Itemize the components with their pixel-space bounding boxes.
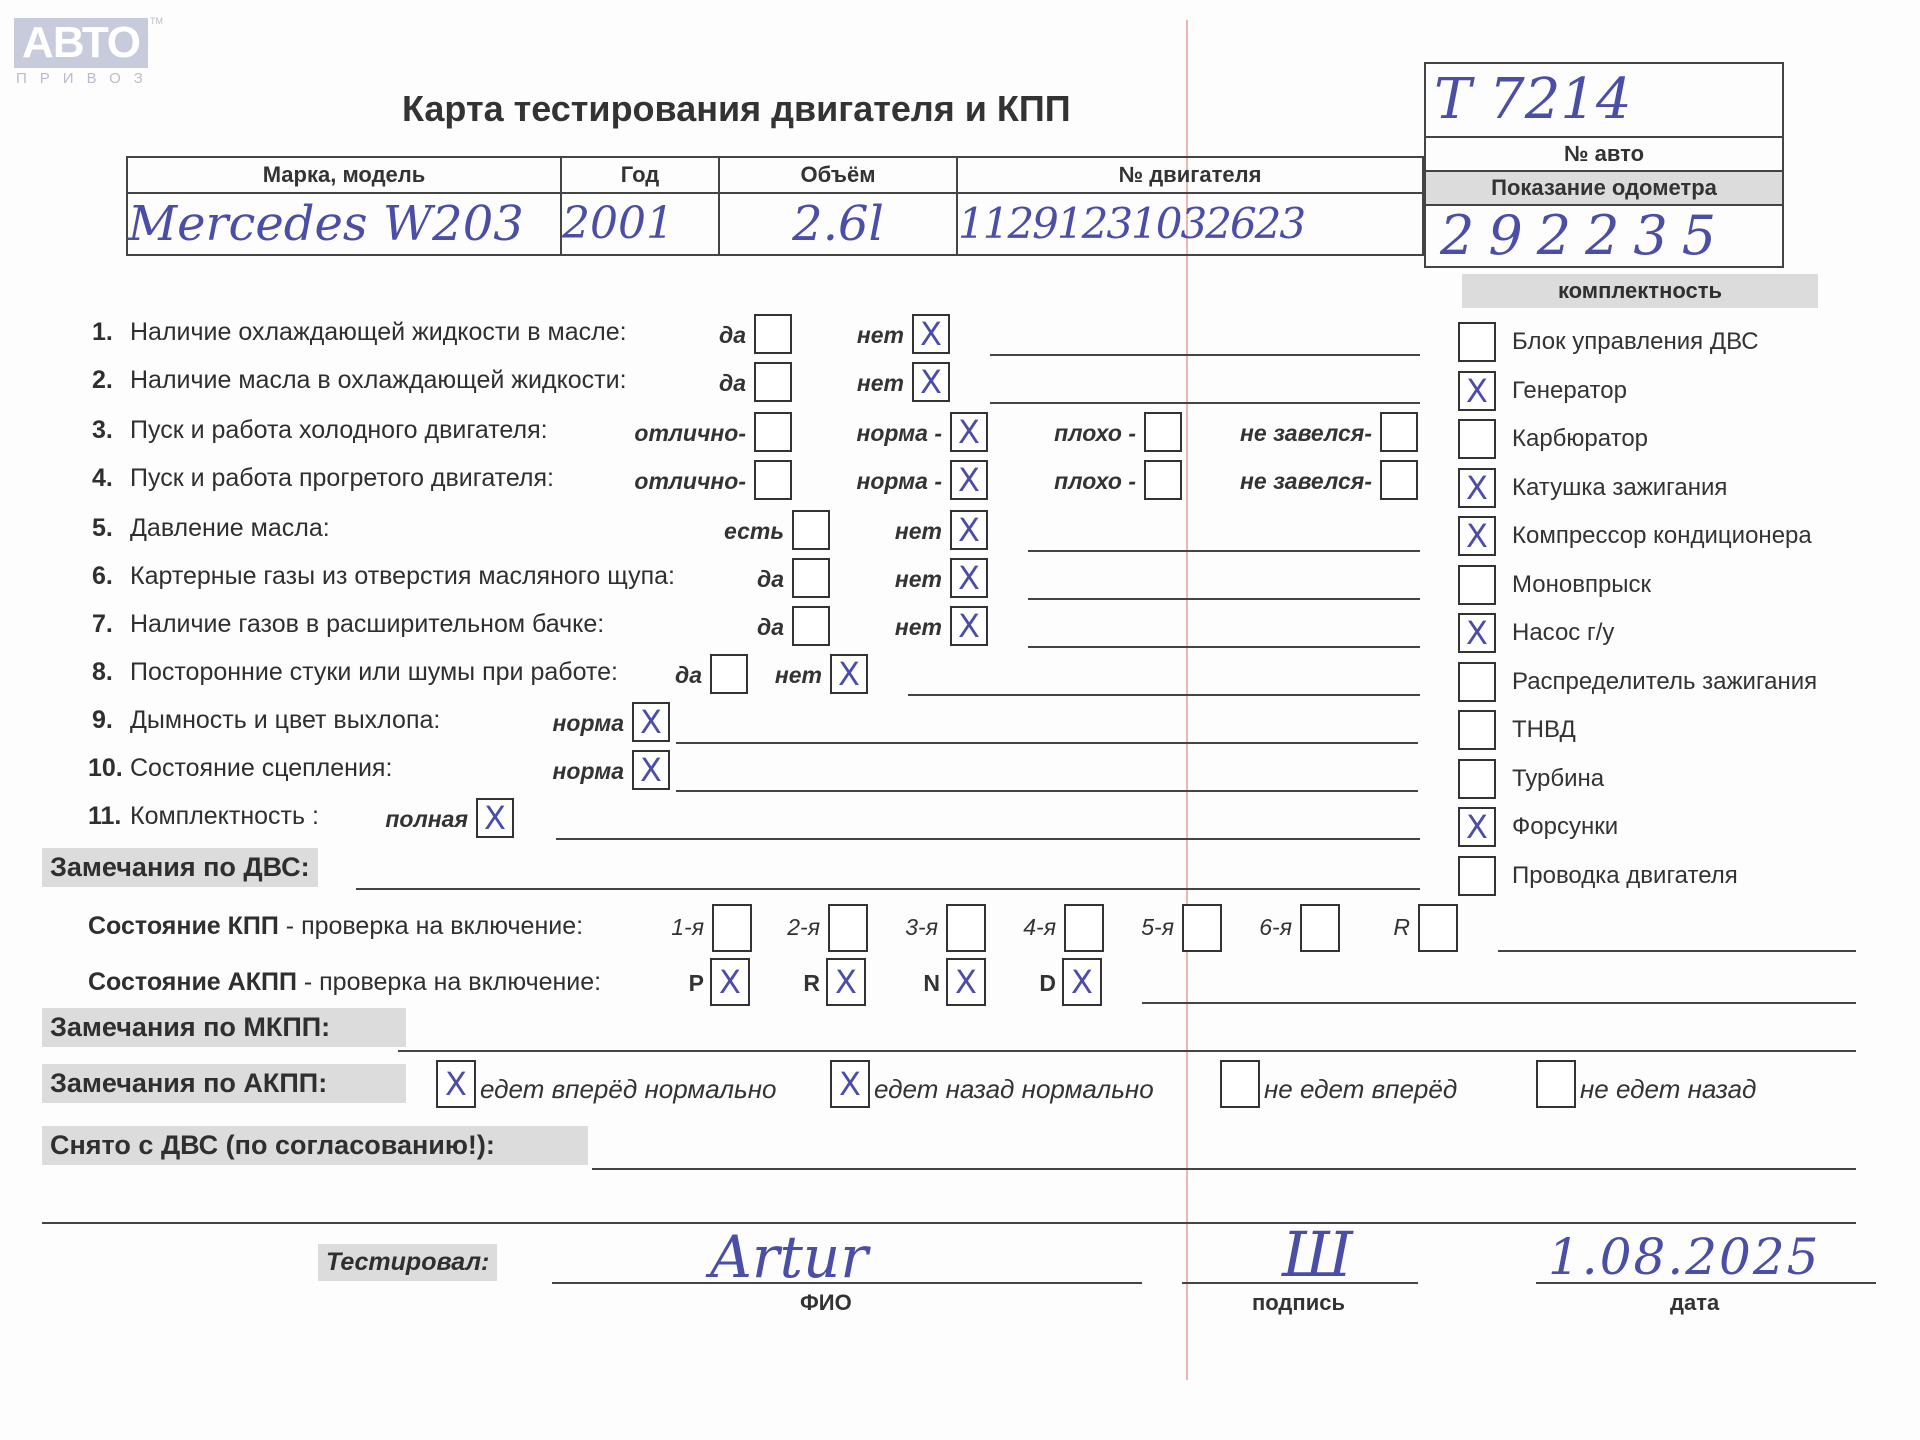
option-label: нет xyxy=(895,614,942,641)
position-checkbox[interactable]: X xyxy=(826,958,866,1006)
position-label: R xyxy=(803,970,820,997)
row-number: 3. xyxy=(92,416,113,445)
option-checkbox[interactable] xyxy=(754,412,792,452)
row-label: Давление масла: xyxy=(130,514,330,543)
row-number: 11. xyxy=(88,802,121,831)
option-checkbox[interactable]: X xyxy=(950,558,988,598)
gear-label: 6-я xyxy=(1259,914,1292,941)
auto-remark-checkbox[interactable] xyxy=(1220,1060,1260,1108)
kit-checkbox[interactable] xyxy=(1458,662,1496,702)
option-checkbox[interactable] xyxy=(754,460,792,500)
row-number: 9. xyxy=(92,706,113,735)
auto-remark-checkbox[interactable]: X xyxy=(830,1060,870,1108)
removed-label: Снято с ДВС (по согласованию!): xyxy=(42,1126,588,1165)
kit-checkbox[interactable]: X xyxy=(1458,516,1496,556)
kit-checkbox[interactable] xyxy=(1458,856,1496,896)
remarks-manual-label: Замечания по МКПП: xyxy=(42,1008,406,1047)
year-value: 2001 xyxy=(562,198,674,249)
row-label: Пуск и работа прогретого двигателя: xyxy=(130,464,554,493)
option-label: да xyxy=(757,566,784,593)
kit-item-label: Карбюратор xyxy=(1512,425,1648,453)
gear-label: 4-я xyxy=(1023,914,1056,941)
option-checkbox[interactable] xyxy=(792,510,830,550)
option-checkbox[interactable]: X xyxy=(632,750,670,790)
kit-checkbox[interactable]: X xyxy=(1458,371,1496,411)
row-label: Посторонние стуки или шумы при работе: xyxy=(130,658,618,687)
kit-checkbox[interactable]: X xyxy=(1458,468,1496,508)
row-label: Наличие охлаждающей жидкости в масле: xyxy=(130,318,627,347)
engine-number-field[interactable]: 11291231032623 xyxy=(957,193,1423,255)
row-notes-field[interactable] xyxy=(676,790,1418,792)
logo: АВТО xyxy=(14,18,148,68)
gear-label: 5-я xyxy=(1141,914,1174,941)
kit-item-label: Турбина xyxy=(1512,765,1604,793)
logo-trademark: TM xyxy=(150,16,163,26)
option-label: да xyxy=(719,370,746,397)
option-label: плохо - xyxy=(1054,420,1136,447)
row-label: Дымность и цвет выхлопа: xyxy=(130,706,440,735)
kit-item-label: Проводка двигателя xyxy=(1512,862,1738,890)
car-number-value: T 7214 xyxy=(1426,67,1632,132)
row-number: 8. xyxy=(92,658,113,687)
gear-checkbox[interactable] xyxy=(1300,904,1340,952)
row-notes-field[interactable] xyxy=(990,354,1420,356)
row-notes-field[interactable] xyxy=(1028,550,1420,552)
col-volume: Объём xyxy=(719,157,957,193)
option-checkbox[interactable]: X xyxy=(950,412,988,452)
option-label: норма xyxy=(553,710,625,737)
position-label: N xyxy=(923,970,940,997)
option-checkbox[interactable] xyxy=(754,362,792,402)
row-notes-field[interactable] xyxy=(1028,646,1420,648)
position-label: P xyxy=(689,970,704,997)
row-number: 7. xyxy=(92,610,113,639)
option-label: не завелся- xyxy=(1240,468,1372,495)
option-checkbox[interactable] xyxy=(792,606,830,646)
position-label: D xyxy=(1039,970,1056,997)
row-notes-field[interactable] xyxy=(556,838,1420,840)
option-label: отлично- xyxy=(634,420,746,447)
gear-label: 3-я xyxy=(905,914,938,941)
odometer-field[interactable]: 292235 xyxy=(1425,205,1783,267)
date-caption: дата xyxy=(1670,1290,1719,1316)
logo-subtitle: ПРИВОЗ xyxy=(16,70,156,87)
gear-checkbox[interactable] xyxy=(1182,904,1222,952)
option-checkbox[interactable] xyxy=(1144,412,1182,452)
kit-checkbox[interactable] xyxy=(1458,710,1496,750)
signature-value: Ш xyxy=(1282,1224,1353,1286)
auto-remark-label: не едет вперёд xyxy=(1264,1074,1457,1105)
row-label: Состояние сцепления: xyxy=(130,754,392,783)
row-number: 1. xyxy=(92,318,113,347)
option-checkbox[interactable]: X xyxy=(950,460,988,500)
car-box: T 7214 № авто Показание одометра 292235 xyxy=(1424,62,1784,268)
removed-field[interactable] xyxy=(592,1168,1856,1170)
volume-field[interactable]: 2.6l xyxy=(719,193,957,255)
row-label: Картерные газы из отверстия масляного щу… xyxy=(130,562,675,591)
option-label: нет xyxy=(857,322,904,349)
kit-item-label: ТНВД xyxy=(1512,716,1576,744)
gear-checkbox[interactable] xyxy=(828,904,868,952)
kit-checkbox[interactable] xyxy=(1458,759,1496,799)
option-label: да xyxy=(719,322,746,349)
gear-label: 1-я xyxy=(671,914,704,941)
option-checkbox[interactable] xyxy=(1380,412,1418,452)
odometer-label: Показание одометра xyxy=(1425,171,1783,205)
auto-remark-checkbox[interactable]: X xyxy=(436,1060,476,1108)
remarks-engine-label: Замечания по ДВС: xyxy=(42,848,318,887)
option-label: норма - xyxy=(856,420,942,447)
row-notes-field[interactable] xyxy=(676,742,1418,744)
option-label: нет xyxy=(895,518,942,545)
car-number-field[interactable]: T 7214 xyxy=(1425,63,1783,137)
manual-gearbox-notes-field[interactable] xyxy=(1498,950,1856,952)
kit-item-label: Насос г/у xyxy=(1512,619,1614,647)
signature-field[interactable] xyxy=(1182,1282,1418,1284)
option-label: есть xyxy=(724,518,784,545)
option-label: не завелся- xyxy=(1240,420,1372,447)
gear-checkbox[interactable] xyxy=(712,904,752,952)
col-year: Год xyxy=(561,157,719,193)
gear-label: R xyxy=(1393,914,1410,941)
kit-checkbox[interactable] xyxy=(1458,565,1496,605)
col-make-model: Марка, модель xyxy=(127,157,561,193)
gear-checkbox[interactable] xyxy=(946,904,986,952)
kit-checkbox[interactable]: X xyxy=(1458,807,1496,847)
row-label: Наличие масла в охлаждающей жидкости: xyxy=(130,366,627,395)
tester-name-field[interactable] xyxy=(552,1282,1142,1284)
kit-checkbox[interactable] xyxy=(1458,322,1496,362)
year-field[interactable]: 2001 xyxy=(561,193,719,255)
row-label: Комплектность : xyxy=(130,802,319,831)
option-label: норма xyxy=(553,758,625,785)
tested-by-label: Тестировал: xyxy=(318,1244,497,1281)
option-label: нет xyxy=(895,566,942,593)
kit-item-label: Блок управления ДВС xyxy=(1512,328,1759,356)
row-notes-field[interactable] xyxy=(908,694,1420,696)
row-number: 6. xyxy=(92,562,113,591)
option-checkbox[interactable]: X xyxy=(476,798,514,838)
row-number: 10. xyxy=(88,754,123,783)
removed-field-line2[interactable] xyxy=(42,1222,1856,1224)
vehicle-info-table: Марка, модель Год Объём № двигателя Merc… xyxy=(126,156,1424,256)
row-notes-field[interactable] xyxy=(1028,598,1420,600)
option-label: да xyxy=(675,662,702,689)
option-label: отлично- xyxy=(634,468,746,495)
gear-checkbox[interactable] xyxy=(1064,904,1104,952)
row-notes-field[interactable] xyxy=(990,402,1420,404)
kit-item-label: Катушка зажигания xyxy=(1512,474,1727,502)
auto-remark-label: не едет назад xyxy=(1580,1074,1756,1105)
position-checkbox[interactable]: X xyxy=(710,958,750,1006)
auto-gearbox-label: Состояние АКПП - проверка на включение: xyxy=(88,968,601,997)
tester-name-caption: ФИО xyxy=(800,1290,852,1316)
kit-item-label: Моновпрыск xyxy=(1512,571,1651,599)
volume-value: 2.6l xyxy=(792,196,884,252)
remarks-manual-field[interactable] xyxy=(398,1050,1856,1052)
auto-remark-checkbox[interactable] xyxy=(1536,1060,1576,1108)
signature-caption: подпись xyxy=(1252,1290,1345,1316)
option-checkbox[interactable] xyxy=(754,314,792,354)
auto-remark-label: едет вперёд нормально xyxy=(480,1074,776,1105)
option-checkbox[interactable]: X xyxy=(830,654,868,694)
option-checkbox[interactable]: X xyxy=(950,606,988,646)
kit-item-label: Форсунки xyxy=(1512,813,1618,841)
gear-checkbox[interactable] xyxy=(1418,904,1458,952)
make-model-value: Mercedes W203 xyxy=(128,196,524,252)
option-checkbox[interactable]: X xyxy=(912,362,950,402)
auto-remark-label: едет назад нормально xyxy=(874,1074,1154,1105)
page-title: Карта тестирования двигателя и КПП xyxy=(402,88,1071,130)
remarks-auto-label: Замечания по АКПП: xyxy=(42,1064,406,1103)
option-checkbox[interactable] xyxy=(792,558,830,598)
option-checkbox[interactable]: X xyxy=(912,314,950,354)
car-number-label: № авто xyxy=(1425,137,1783,171)
option-checkbox[interactable]: X xyxy=(632,702,670,742)
row-label: Пуск и работа холодного двигателя: xyxy=(130,416,548,445)
position-checkbox[interactable]: X xyxy=(1062,958,1102,1006)
option-checkbox[interactable] xyxy=(1144,460,1182,500)
option-label: полная xyxy=(385,806,468,833)
kit-checkbox[interactable] xyxy=(1458,419,1496,459)
date-field[interactable] xyxy=(1536,1282,1876,1284)
row-number: 2. xyxy=(92,366,113,395)
option-checkbox[interactable] xyxy=(710,654,748,694)
option-label: плохо - xyxy=(1054,468,1136,495)
auto-gearbox-notes-field[interactable] xyxy=(1142,1002,1856,1004)
row-number: 5. xyxy=(92,514,113,543)
remarks-engine-field[interactable] xyxy=(356,888,1420,890)
col-engine-number: № двигателя xyxy=(957,157,1423,193)
kit-title: комплектность xyxy=(1462,274,1818,308)
manual-gearbox-label: Состояние КПП - проверка на включение: xyxy=(88,912,583,941)
kit-checkbox[interactable]: X xyxy=(1458,613,1496,653)
date-value: 1.08.2025 xyxy=(1548,1232,1820,1282)
odometer-value: 292235 xyxy=(1426,204,1730,267)
kit-item-label: Компрессор кондиционера xyxy=(1512,522,1812,550)
tester-name: Artur xyxy=(710,1228,868,1286)
position-checkbox[interactable]: X xyxy=(946,958,986,1006)
kit-item-label: Генератор xyxy=(1512,377,1627,405)
option-label: нет xyxy=(857,370,904,397)
make-model-field[interactable]: Mercedes W203 xyxy=(127,193,561,255)
option-label: норма - xyxy=(856,468,942,495)
row-number: 4. xyxy=(92,464,113,493)
option-checkbox[interactable] xyxy=(1380,460,1418,500)
option-checkbox[interactable]: X xyxy=(950,510,988,550)
engine-number-value: 11291231032623 xyxy=(958,199,1304,248)
gear-label: 2-я xyxy=(787,914,820,941)
option-label: нет xyxy=(775,662,822,689)
option-label: да xyxy=(757,614,784,641)
row-label: Наличие газов в расширительном бачке: xyxy=(130,610,604,639)
kit-item-label: Распределитель зажигания xyxy=(1512,668,1817,696)
